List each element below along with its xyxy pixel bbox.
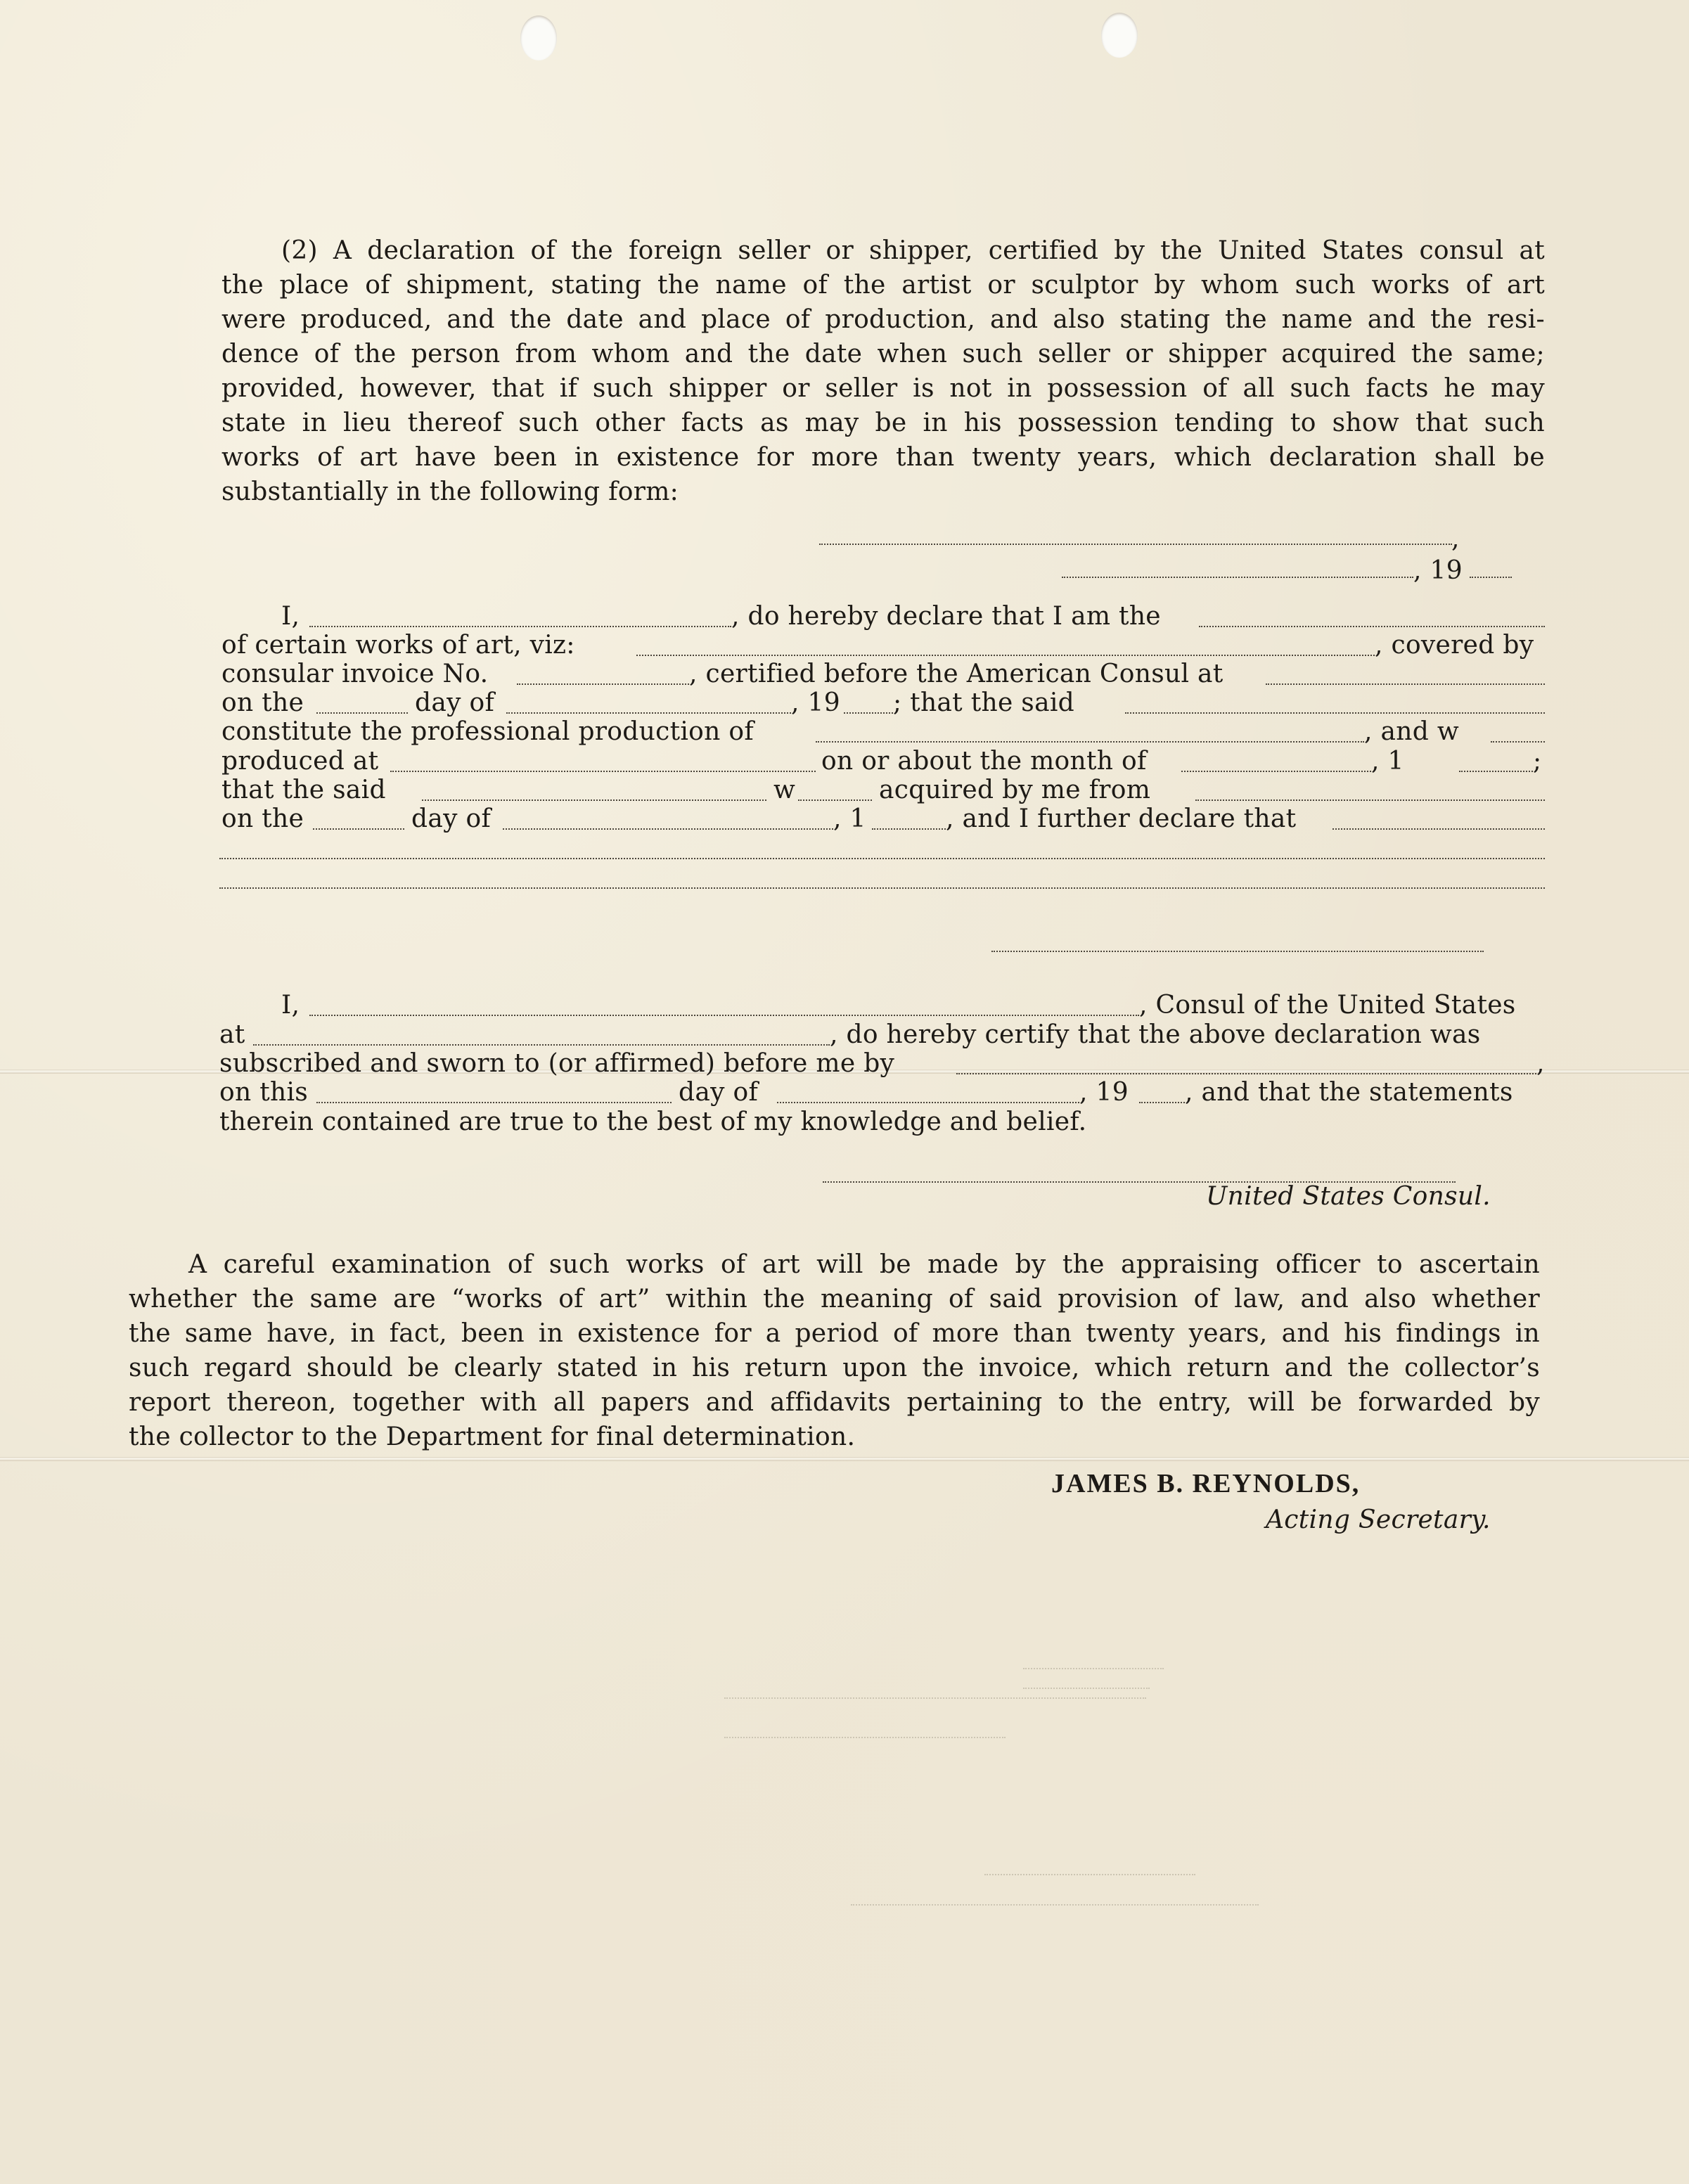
said-works-field[interactable] bbox=[422, 799, 766, 801]
artist-name-field[interactable] bbox=[816, 741, 1364, 743]
was-were-field[interactable] bbox=[1491, 741, 1545, 743]
production-month-field[interactable] bbox=[1181, 771, 1371, 772]
form-text: , 1 bbox=[1371, 746, 1404, 777]
text-line: the collector to the Department for fina… bbox=[129, 1422, 855, 1453]
form-text: subscribed and sworn to (or affirmed) be… bbox=[219, 1048, 894, 1079]
date-prefix: , 19 bbox=[1413, 555, 1463, 586]
text-line: substantially in the following form: bbox=[221, 477, 679, 508]
form-text: on the bbox=[221, 688, 304, 719]
form-text: ; bbox=[1533, 746, 1541, 777]
signatory-name: JAMES B. REYNOLDS, bbox=[1051, 1468, 1360, 1499]
bleed-through-line bbox=[724, 1697, 1146, 1699]
text-line: the place of shipment, stating the name … bbox=[221, 270, 1545, 301]
bleed-through-line bbox=[724, 1737, 1006, 1738]
form-text: of certain works of art, viz: bbox=[221, 630, 575, 661]
acquired-year-field[interactable] bbox=[872, 828, 946, 830]
text-line: provided, however, that if such shipper … bbox=[221, 373, 1545, 404]
production-place-field[interactable] bbox=[390, 771, 816, 772]
bleed-through-line bbox=[1023, 1668, 1164, 1669]
sworn-month-field[interactable] bbox=[777, 1102, 1079, 1103]
invoice-number-field[interactable] bbox=[517, 683, 689, 685]
text-line: such regard should be clearly stated in … bbox=[129, 1353, 1540, 1384]
acquired-month-field[interactable] bbox=[503, 828, 833, 830]
form-text: w bbox=[773, 775, 795, 806]
fold-crease bbox=[0, 1457, 1689, 1461]
consul-signature-title: United States Consul. bbox=[1206, 1181, 1491, 1212]
form-text: ; that the said bbox=[893, 688, 1074, 719]
month-field[interactable] bbox=[506, 712, 791, 714]
form-text: that the said bbox=[221, 775, 386, 806]
form-text: at bbox=[219, 1020, 245, 1051]
declarant-role-field[interactable] bbox=[1199, 626, 1545, 627]
said-items-field[interactable] bbox=[1125, 712, 1545, 714]
form-text: therein contained are true to the best o… bbox=[219, 1107, 1086, 1138]
form-text: , certified before the American Consul a… bbox=[689, 659, 1224, 690]
text-line: (2) A declaration of the foreign seller … bbox=[281, 236, 1545, 266]
acquired-day-field[interactable] bbox=[313, 828, 404, 830]
sworn-by-field[interactable] bbox=[956, 1073, 1536, 1074]
form-text: I, bbox=[281, 990, 300, 1021]
acquired-from-field[interactable] bbox=[1195, 799, 1545, 801]
form-text: on this bbox=[219, 1077, 308, 1108]
further-declaration-field[interactable] bbox=[1332, 828, 1545, 830]
works-of-art-field[interactable] bbox=[636, 655, 1375, 656]
form-text: , covered by bbox=[1375, 630, 1534, 661]
text-line: state in lieu thereof such other facts a… bbox=[221, 408, 1545, 439]
signatory-title: Acting Secretary. bbox=[1266, 1505, 1491, 1536]
form-text: consular invoice No. bbox=[221, 659, 488, 690]
form-text: I, bbox=[281, 601, 300, 632]
further-declaration-line-3[interactable] bbox=[219, 887, 1545, 889]
form-text: day of bbox=[679, 1077, 758, 1108]
bleed-through-line bbox=[851, 1904, 1259, 1906]
further-declaration-line-2[interactable] bbox=[219, 858, 1545, 859]
form-text: on the bbox=[221, 804, 304, 835]
text-line: dence of the person from whom and the da… bbox=[221, 339, 1545, 370]
text-line: whether the same are “works of art” with… bbox=[129, 1284, 1540, 1315]
form-text: constitute the professional production o… bbox=[221, 717, 754, 747]
declarant-signature-field[interactable] bbox=[991, 951, 1484, 952]
form-text: , bbox=[1536, 1048, 1545, 1079]
bleed-through-line bbox=[984, 1874, 1195, 1875]
consul-location-field[interactable] bbox=[1266, 683, 1545, 685]
text-line: works of art have been in existence for … bbox=[221, 442, 1545, 473]
text-line: A careful examination of such works of a… bbox=[188, 1250, 1540, 1280]
form-text: acquired by me from bbox=[879, 775, 1150, 806]
declarant-name-field[interactable] bbox=[309, 626, 731, 627]
form-text: , Consul of the United States bbox=[1139, 990, 1516, 1021]
was-were-field-2[interactable] bbox=[798, 799, 872, 801]
consul-name-field[interactable] bbox=[309, 1015, 1139, 1016]
form-text: day of bbox=[411, 804, 491, 835]
form-text: , do hereby certify that the above decla… bbox=[830, 1020, 1481, 1051]
text-line: were produced, and the date and place of… bbox=[221, 304, 1545, 335]
punch-hole-left bbox=[520, 15, 557, 60]
text-line: report thereon, together with all papers… bbox=[129, 1387, 1540, 1418]
bleed-through-line bbox=[1023, 1688, 1150, 1689]
comma: , bbox=[1451, 524, 1460, 555]
form-text: , and that the statements bbox=[1185, 1077, 1513, 1108]
form-text: , 19 bbox=[791, 688, 840, 719]
day-field[interactable] bbox=[316, 712, 408, 714]
form-text: , and I further declare that bbox=[946, 804, 1296, 835]
form-text: , 1 bbox=[833, 804, 866, 835]
sworn-day-field[interactable] bbox=[316, 1102, 672, 1103]
form-text: on or about the month of bbox=[821, 746, 1147, 777]
form-text: , and w bbox=[1364, 717, 1459, 747]
year-field[interactable] bbox=[844, 712, 893, 714]
text-line: the same have, in fact, been in existenc… bbox=[129, 1318, 1540, 1349]
sworn-year-field[interactable] bbox=[1139, 1102, 1185, 1103]
form-text: , 19 bbox=[1079, 1077, 1129, 1108]
consul-place-field[interactable] bbox=[253, 1044, 830, 1046]
form-text: day of bbox=[415, 688, 494, 719]
form-text: , do hereby declare that I am the bbox=[731, 601, 1161, 632]
punch-hole-right bbox=[1101, 13, 1138, 58]
production-year-field[interactable] bbox=[1459, 771, 1533, 772]
form-text: produced at bbox=[221, 746, 378, 777]
